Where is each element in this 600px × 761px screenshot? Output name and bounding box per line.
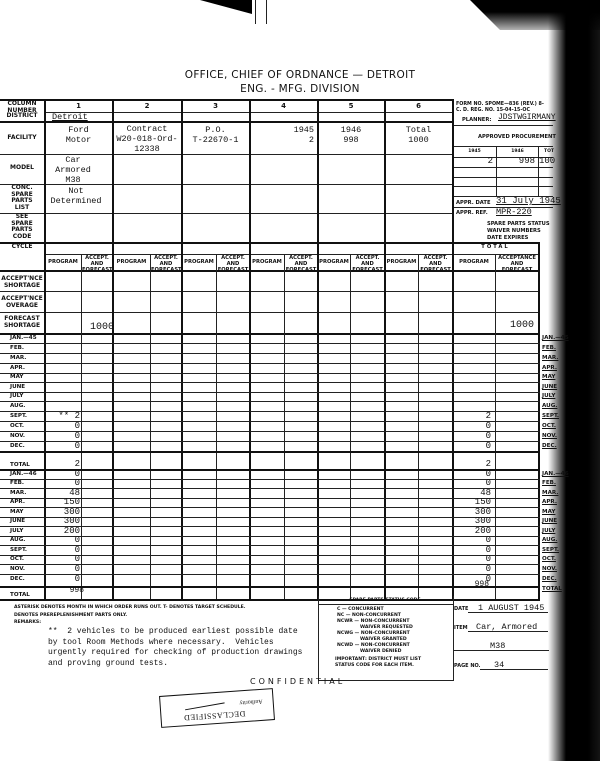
subheader-program-5: PROGRAM	[318, 259, 350, 265]
grid-line	[318, 604, 453, 605]
total-feb-46: 0	[453, 478, 491, 488]
total-total-46: 998	[453, 580, 489, 589]
month-label: JULY	[10, 528, 23, 534]
field-underline	[480, 669, 548, 670]
grid-line	[0, 599, 540, 601]
right-total-label: TOTAL	[542, 586, 562, 592]
subheader-program-2: PROGRAM	[113, 259, 150, 265]
scan-top-shadow	[455, 0, 600, 30]
facility-col2: Contract W20-018-Ord- 12338	[111, 124, 183, 154]
total-dec-45: 0	[453, 441, 491, 451]
stamp-signature	[185, 702, 225, 710]
subheader-total: TOTAL	[453, 244, 538, 250]
page-no-value: 34	[494, 660, 504, 670]
month-label: MAR.	[10, 355, 26, 361]
month-label: JAN.—45	[10, 335, 37, 341]
grid-line	[350, 254, 351, 599]
month-label: JUNE	[10, 518, 25, 524]
row-label-facility: FACILITY	[0, 135, 44, 142]
grid-line	[0, 373, 540, 374]
right-month-label: APR.	[542, 499, 557, 505]
facility-col4: 1945 2	[250, 125, 314, 145]
grid-line	[495, 254, 496, 599]
right-month-label: OCT.	[542, 556, 556, 562]
grid-line	[418, 254, 419, 599]
stamp-authority-text: Authority	[239, 698, 263, 706]
appr-ref-value: MPR-220	[496, 207, 532, 217]
grid-line	[0, 451, 540, 453]
footnote-prereplenishment: DENOTES PREREPLENISHMENT PARTS ONLY.	[14, 613, 314, 619]
column-number-2: 2	[113, 103, 181, 110]
footnote-asterisk: ASTERISK DENOTES MONTH IN WHICH ORDER RU…	[14, 605, 314, 611]
subheader-program-total: PROGRAM	[453, 259, 495, 265]
grid-line	[384, 99, 386, 599]
right-month-label: MAY	[542, 509, 555, 515]
subheader-accept-3: ACCEPT. AND FORECAST	[217, 255, 249, 273]
month-label: DEC.	[10, 576, 25, 582]
total-1946-label: TOTAL	[10, 592, 30, 598]
month-label: OCT.	[10, 556, 24, 562]
total-oct-45: 0	[453, 421, 491, 431]
total-sept-45: 2	[453, 411, 491, 421]
month-label: MAY	[10, 374, 23, 380]
row-label-conc-spare: CONC. SPARE PARTS LIST	[4, 185, 40, 211]
appr-date-value: 31 July 1945	[496, 196, 561, 206]
date-expires-label: DATE EXPIRES	[487, 235, 528, 241]
grid-line	[0, 363, 540, 364]
right-month-label: FEB.	[542, 480, 556, 486]
right-month-label: APR.	[542, 365, 557, 371]
approved-procurement-label: APPROVED PROCUREMENT	[478, 134, 556, 140]
month-label: SEPT.	[10, 413, 27, 419]
grid-line	[317, 99, 319, 599]
col1-nov-46: 0	[48, 564, 80, 574]
right-month-label: MAR.	[542, 355, 558, 361]
month-label: MAY	[10, 509, 23, 515]
item-value: Car, Armored	[476, 622, 537, 632]
right-month-label: SEPT.	[542, 413, 559, 419]
model-col1: Car Armored M38	[45, 155, 101, 185]
grid-line	[112, 99, 114, 599]
col1-total-46: 998	[48, 586, 84, 595]
row-label-district: DISTRICT	[0, 113, 44, 120]
grid-line	[181, 99, 183, 599]
facility-col3: P.O. T-22670-1	[182, 125, 249, 145]
right-month-label: AUG.	[542, 537, 557, 543]
date-value: 1 AUGUST 1945	[478, 603, 544, 613]
subheader-accept-4: ACCEPT. AND FORECAST	[285, 255, 317, 273]
right-month-label: FEB.	[542, 345, 556, 351]
column-number-3: 3	[182, 103, 249, 110]
month-label: AUG.	[10, 537, 25, 543]
col1-aug-46: 0	[48, 535, 80, 545]
column-number-5: 5	[318, 103, 384, 110]
total-oct-46: 0	[453, 554, 491, 564]
right-month-label: NOV.	[542, 433, 557, 439]
grid-line	[453, 125, 553, 126]
col1-dec-46: 0	[48, 574, 80, 584]
planner-label: PLANNER:	[462, 117, 491, 123]
grid-line	[0, 353, 540, 354]
stamp-declassified-text: DECLASSIFIED	[183, 709, 245, 722]
col1-oct-45: 0	[48, 421, 80, 431]
facility-col1: Ford Motor	[45, 125, 112, 145]
total-1945-label: TOTAL	[10, 462, 30, 468]
month-label: FEB.	[10, 480, 24, 486]
right-month-label: MAY	[542, 374, 555, 380]
total-nov-46: 0	[453, 564, 491, 574]
procurement-header-1945: 1945	[453, 149, 496, 155]
grid-line	[0, 382, 540, 383]
right-month-label: DEC.	[542, 576, 557, 582]
month-label: DEC.	[10, 443, 25, 449]
right-month-label: DEC.	[542, 443, 557, 449]
month-label: FEB.	[10, 345, 24, 351]
conc-spare-col1: Not Determined	[40, 186, 112, 206]
subheader-program-1: PROGRAM	[45, 259, 81, 265]
col1-oct-46: 0	[48, 554, 80, 564]
column-number-1: 1	[45, 103, 112, 110]
month-label: NOV.	[10, 433, 25, 439]
declassified-stamp: DECLASSIFIED Authority	[159, 688, 275, 728]
grid-line	[0, 343, 540, 344]
total-total-45: 2	[453, 459, 491, 469]
confidential-label: CONFIDENTIAL	[250, 677, 345, 686]
col1-feb-46: 0	[48, 478, 80, 488]
month-label: OCT.	[10, 423, 24, 429]
month-label: NOV.	[10, 566, 25, 572]
spare-parts-status-label: SPARE PARTS STATUS	[487, 221, 550, 227]
col1-total-45: 2	[48, 459, 80, 469]
remarks-text: ** 2 vehicles to be produced earliest po…	[48, 627, 318, 669]
forecast-shortage-total: 1000	[496, 320, 534, 331]
total-aug-46: 0	[453, 535, 491, 545]
row-label-see-spare: SEE SPARE PARTS CODE	[6, 214, 38, 240]
total-nov-45: 0	[453, 431, 491, 441]
col1-nov-45: 0	[48, 431, 80, 441]
row-label-acceptance-overage: ACCEPT'NCE OVERAGE	[0, 296, 44, 309]
month-label: JULY	[10, 393, 23, 399]
district-value: Detroit	[52, 112, 112, 122]
subheader-accept-1: ACCEPT. AND FORECAST	[82, 255, 112, 273]
subheader-accept-5: ACCEPT. AND FORECAST	[351, 255, 384, 273]
row-label-acceptance-shortage: ACCEPT'NCE SHORTAGE	[0, 276, 44, 289]
procurement-header-1946: 1946	[497, 149, 538, 155]
month-label: SEPT.	[10, 547, 27, 553]
grid-line	[284, 254, 285, 599]
forecast-shortage-col1: 1000	[82, 322, 114, 333]
total-june-46: 300	[453, 516, 491, 526]
col1-sept-45: ** 2	[48, 411, 80, 421]
item-label: ITEM	[454, 625, 468, 631]
waiver-numbers-label: WAIVER NUMBERS	[487, 228, 541, 234]
right-month-label: SEPT.	[542, 547, 559, 553]
month-label: JUNE	[10, 384, 25, 390]
col1-apr-46: 150	[48, 497, 80, 507]
subheader-program-6: PROGRAM	[385, 259, 418, 265]
subheader-accept-6: ACCEPT. AND FORECAST	[419, 255, 452, 273]
procurement-header-total: TOT	[539, 149, 559, 155]
column-number-6: 6	[385, 103, 452, 110]
row-label-forecast-shortage: FORECAST SHORTAGE	[0, 316, 44, 329]
date-label: DATE	[454, 606, 468, 612]
page-subtitle: ENG. - MFG. DIVISION	[150, 83, 450, 95]
procurement-1946: 998	[497, 156, 535, 166]
right-month-label: OCT.	[542, 423, 556, 429]
planner-value: JDSTWGIRMANY	[498, 113, 556, 123]
grid-line	[0, 392, 540, 393]
right-month-label: NOV.	[542, 566, 557, 572]
grid-line	[249, 99, 251, 599]
binding-line	[266, 0, 267, 24]
remarks-label: REMARKS:	[14, 620, 41, 626]
col1-june-46: 300	[48, 516, 80, 526]
grid-line	[216, 254, 217, 599]
binding-line	[255, 0, 256, 24]
column-number-4: 4	[250, 103, 317, 110]
subheader-program-3: PROGRAM	[182, 259, 216, 265]
right-month-label: MAR.	[542, 490, 558, 496]
right-month-label: JAN.—45	[542, 335, 569, 341]
facility-col5: 1946 998	[318, 125, 384, 145]
grid-line	[0, 401, 540, 402]
appr-date-label: APPR. DATE	[456, 200, 491, 206]
right-month-label: JUNE	[542, 518, 557, 524]
grid-line	[150, 254, 151, 599]
right-month-label: AUG.	[542, 403, 557, 409]
status-code-title: SPARE PARTS STATUS CODE	[318, 598, 452, 604]
col1-dec-45: 0	[48, 441, 80, 451]
right-month-label: JUNE	[542, 384, 557, 390]
procurement-1945: 2	[453, 156, 493, 166]
page-title: OFFICE, CHIEF OF ORDNANCE — DETROIT	[150, 69, 450, 81]
month-label: MAR.	[10, 490, 26, 496]
right-month-label: JULY	[542, 528, 555, 534]
facility-col6: Total 1000	[385, 125, 452, 145]
row-label-model: MODEL	[0, 165, 44, 172]
month-label: AUG.	[10, 403, 25, 409]
status-code-important: IMPORTANT: DISTRICT MUST LIST STATUS COD…	[335, 657, 450, 669]
subheader-acceptance-total: ACCEPTANCE AND FORECAST	[496, 255, 538, 273]
month-label: APR.	[10, 499, 25, 505]
right-month-label: JULY	[542, 393, 555, 399]
status-code-line: WAIVER DENIED	[360, 649, 401, 655]
scan-top-left-mark	[200, 0, 252, 14]
item-value-2: M38	[490, 641, 505, 651]
row-label-cycle: CYCLE	[0, 244, 44, 251]
right-month-label: JAN.—46	[542, 471, 569, 477]
subheader-program-4: PROGRAM	[250, 259, 284, 265]
subheader-accept-2: ACCEPT. AND FORECAST	[151, 255, 181, 273]
appr-ref-label: APPR. REF.	[456, 210, 488, 216]
month-label: JAN.—46	[10, 471, 37, 477]
month-label: APR.	[10, 365, 25, 371]
procurement-total: 100	[539, 156, 557, 166]
grid-line	[81, 254, 82, 599]
total-apr-46: 150	[453, 497, 491, 507]
page-no-label: PAGE NO.	[454, 663, 481, 669]
